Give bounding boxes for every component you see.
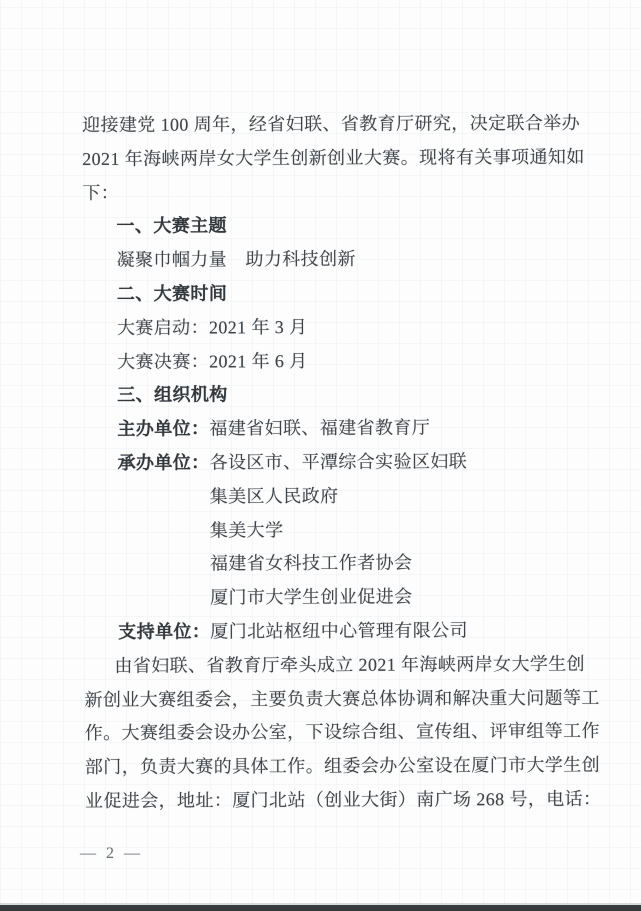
host-unit-value: 福建省妇联、福建省教育厅 — [209, 412, 430, 447]
organizer-unit-value: 各设区市、平潭综合实验区妇联 — [209, 445, 467, 480]
organizer-unit-value: 集美区人民政府 — [210, 479, 468, 514]
committee-paragraph-line: 新创业大赛组委会，主要负责大赛总体协调和解决重大问题等工 — [85, 681, 553, 717]
committee-paragraph-line: 部门，负责大赛的具体工作。组委会办公室设在厦门市大学生创 — [85, 749, 553, 785]
schedule-start-line: 大赛启动：2021 年 3 月 — [83, 310, 551, 346]
committee-paragraph-line: 由省妇联、省教育厅牵头成立 2021 年海峡两岸女大学生创 — [84, 648, 552, 684]
organizer-unit-value: 福建省女科技工作者协会 — [210, 547, 468, 582]
section-heading-theme: 一、大赛主题 — [82, 208, 550, 244]
support-unit-value: 厦门北站枢纽中心管理有限公司 — [210, 614, 468, 649]
committee-paragraph-line: 作。大赛组委会设办公室，下设综合组、宣传组、评审组等工作 — [85, 715, 553, 751]
support-unit-row: 支持单位： 厦门北站枢纽中心管理有限公司 — [84, 614, 552, 650]
support-unit-label: 支持单位： — [118, 615, 210, 649]
scan-edge-bar — [0, 903, 641, 911]
intro-line: 2021 年海峡两岸女大学生创新创业大赛。现将有关事项通知如 — [82, 141, 550, 177]
theme-content: 凝聚巾帼力量 助力科技创新 — [83, 242, 551, 278]
intro-line: 下： — [82, 175, 550, 211]
schedule-final-line: 大赛决赛：2021 年 6 月 — [83, 344, 551, 380]
scanned-document-page: 迎接建党 100 周年，经省妇联、省教育厅研究，决定联合举办 2021 年海峡两… — [0, 0, 641, 911]
host-unit-label: 主办单位： — [117, 413, 209, 447]
intro-line: 迎接建党 100 周年，经省妇联、省教育厅研究，决定联合举办 — [82, 107, 550, 143]
organizer-unit-value: 集美大学 — [210, 513, 468, 548]
organizer-unit-label: 承办单位： — [117, 446, 209, 480]
committee-paragraph-line: 业促进会，地址：厦门北站（创业大街）南广场 268 号，电话： — [85, 783, 553, 819]
organizer-unit-value: 厦门市大学生创业促进会 — [210, 580, 468, 615]
host-unit-row: 主办单位： 福建省妇联、福建省教育厅 — [83, 411, 551, 447]
section-heading-organization: 三、组织机构 — [83, 377, 551, 413]
section-heading-schedule: 二、大赛时间 — [83, 276, 551, 312]
organizer-unit-values: 各设区市、平潭综合实验区妇联 集美区人民政府 集美大学 福建省女科技工作者协会 … — [209, 445, 467, 615]
document-content: 迎接建党 100 周年，经省妇联、省教育厅研究，决定联合举办 2021 年海峡两… — [82, 107, 553, 819]
organizer-unit-row: 承办单位： 各设区市、平潭综合实验区妇联 集美区人民政府 集美大学 福建省女科技… — [83, 445, 552, 616]
page-number: — 2 — — [80, 845, 143, 863]
